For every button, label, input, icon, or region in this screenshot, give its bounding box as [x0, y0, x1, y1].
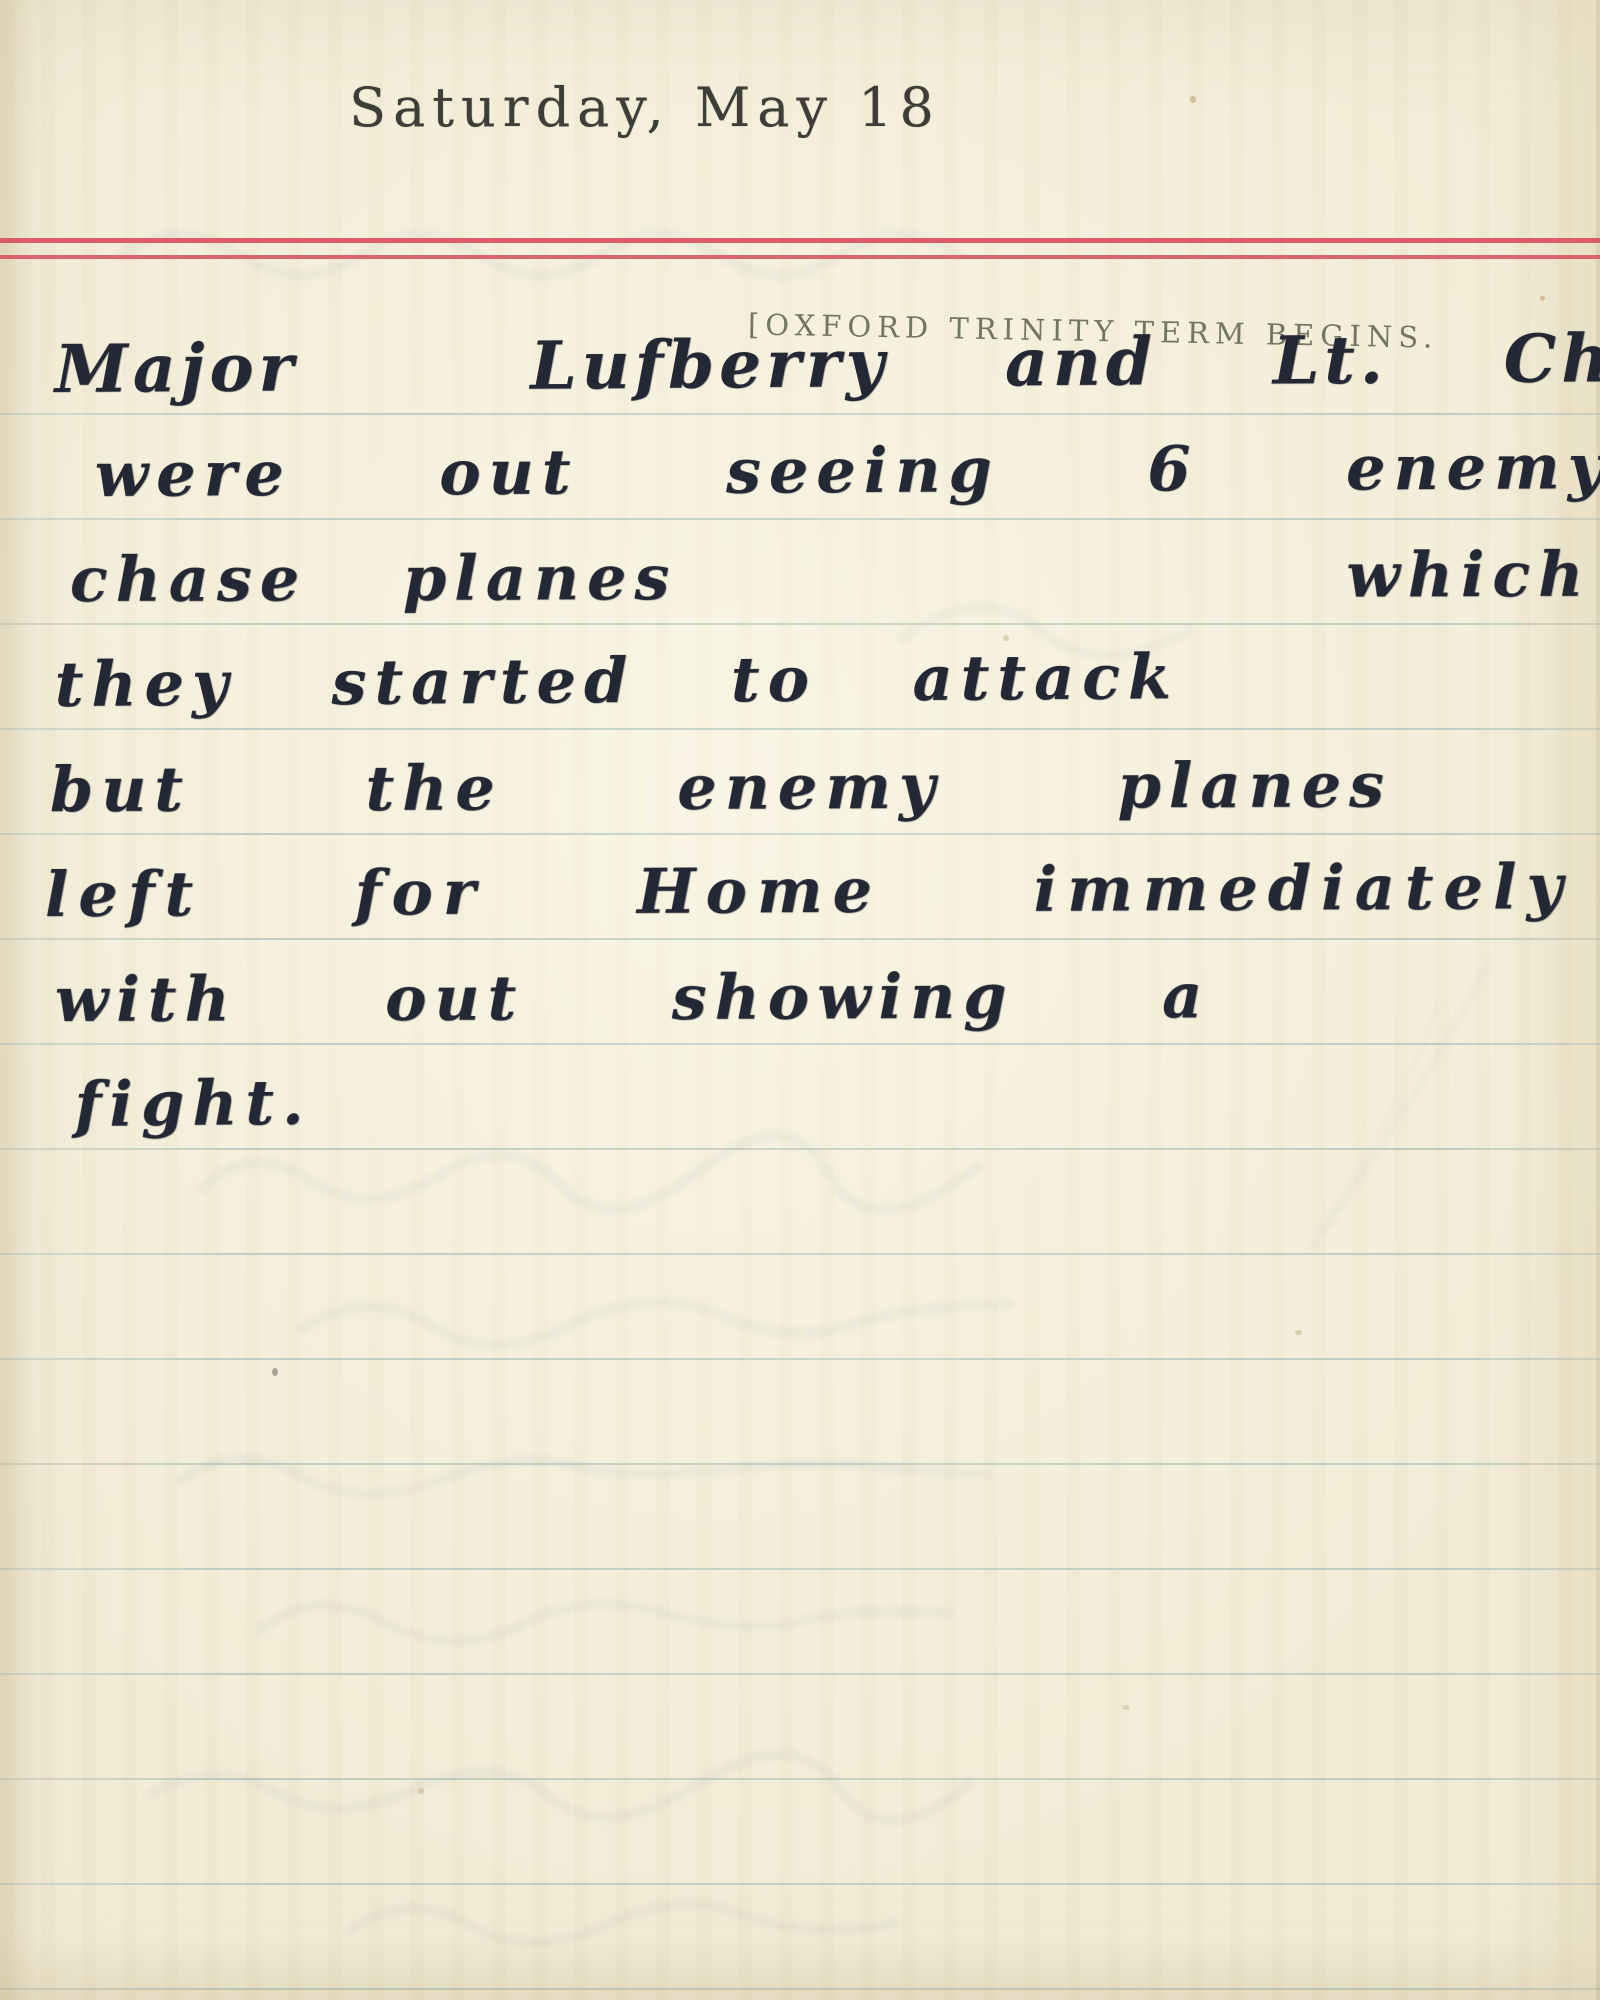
paper-speck	[1190, 96, 1196, 103]
paper-speck	[418, 1788, 424, 1794]
entry-line: but the enemy planes	[50, 748, 1392, 826]
date-header: Saturday, May 18	[0, 76, 1290, 139]
entry-line: fight.	[74, 1066, 312, 1141]
diary-page: Saturday, May 18 [OXFORD TRINITY TERM BE…	[0, 0, 1600, 2000]
paper-speck	[272, 1368, 278, 1376]
paper-speck	[1295, 1330, 1302, 1335]
red-rule-bottom-line	[0, 255, 1600, 259]
entry-line: were out seeing 6 enemy	[95, 430, 1600, 511]
entry-line: chase planes which	[70, 538, 1592, 616]
entry-line: they started to attack	[54, 640, 1179, 721]
paper-speck	[1122, 1705, 1130, 1710]
red-rule-top-line	[0, 238, 1600, 243]
paper-speck	[1540, 296, 1545, 301]
entry-line: with out showing a	[55, 959, 1211, 1036]
paper-speck	[1003, 635, 1009, 641]
red-double-rule	[0, 238, 1600, 262]
entry-line: Major Lufberry and Lt. Chambers	[54, 317, 1600, 408]
entry-line: left for Home immediately	[45, 850, 1573, 931]
